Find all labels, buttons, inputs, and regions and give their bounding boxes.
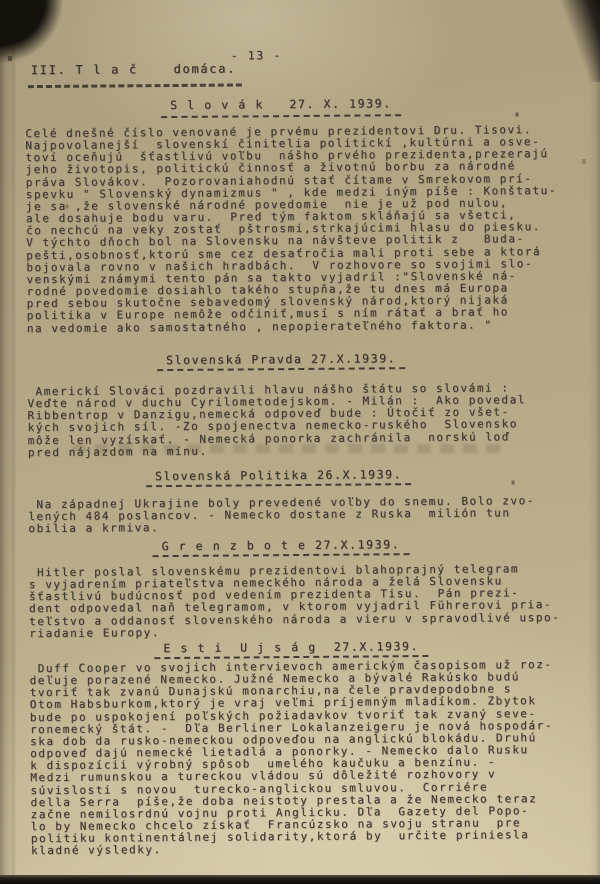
paragraph-grenzbote: Hitler poslal slovenskému prezidentovi b… [29,563,561,640]
paragraph-slovenska-politika: Na západnej Ukrajine boly prevedené voľb… [28,495,535,535]
section-title-underline [28,83,242,88]
heading-esti-ujsag: E s t i U j s á g 27.X.1939. [154,639,428,659]
document-section-title: III. T l a č domáca. [31,61,236,77]
typewritten-text-layer: - 13 - III. T l a č domáca. S l o v á k … [0,0,600,884]
heading-slovenska-politika: Slovenská Politika 26.X.1939. [146,467,411,487]
paragraph-slovak: Celé dnešné číslo venované je prvému pre… [25,124,558,335]
paragraph-slovenska-pravda: Americkí Slováci pozdravili hlavu nášho … [27,382,526,459]
heading-slovak: S l o v á k 27. X. 1939. [161,96,401,118]
scanned-document-page: - 13 - III. T l a č domáca. S l o v á k … [0,0,600,884]
scan-edge-bottom [0,875,600,884]
heading-grenzbote: G r e n z b o t e 27.X.1939. [152,537,409,557]
paragraph-esti-ujsag: Duff Cooper vo svojich intervievoch amer… [29,659,554,858]
heading-slovenska-pravda: Slovenská Pravda 27.X.1939. [157,351,405,371]
page-number: - 13 - [231,48,282,62]
